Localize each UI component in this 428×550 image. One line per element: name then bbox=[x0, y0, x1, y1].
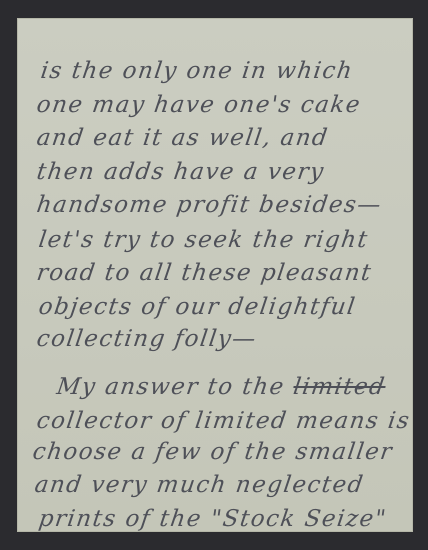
handwritten-line-12: choose a few of the smaller bbox=[31, 439, 395, 465]
line-10-text: My answer to the bbox=[55, 374, 295, 400]
handwritten-line-14: prints of the "Stock Seize" bbox=[37, 506, 389, 532]
struck-word: limited bbox=[292, 374, 388, 400]
handwritten-line-13: and very much neglected bbox=[33, 472, 366, 498]
handwritten-line-2: one may have one's cake bbox=[35, 92, 363, 118]
handwritten-line-5: handsome profit besides— bbox=[35, 192, 384, 218]
handwritten-line-11: collector of limited means is bbox=[35, 408, 412, 434]
handwritten-line-9: collecting folly— bbox=[35, 326, 259, 352]
handwritten-line-3: and eat it as well, and bbox=[35, 125, 330, 151]
handwritten-line-6: let's try to seek the right bbox=[37, 227, 370, 253]
handwritten-line-1: is the only one in which bbox=[39, 58, 355, 84]
handwritten-line-10: My answer to the limited bbox=[55, 374, 387, 400]
letter-page: is the only one in which one may have on… bbox=[17, 18, 413, 532]
handwritten-line-7: road to all these pleasant bbox=[35, 260, 374, 286]
handwritten-line-4: then adds have a very bbox=[35, 159, 326, 185]
handwritten-line-8: objects of our delightful bbox=[37, 294, 358, 320]
